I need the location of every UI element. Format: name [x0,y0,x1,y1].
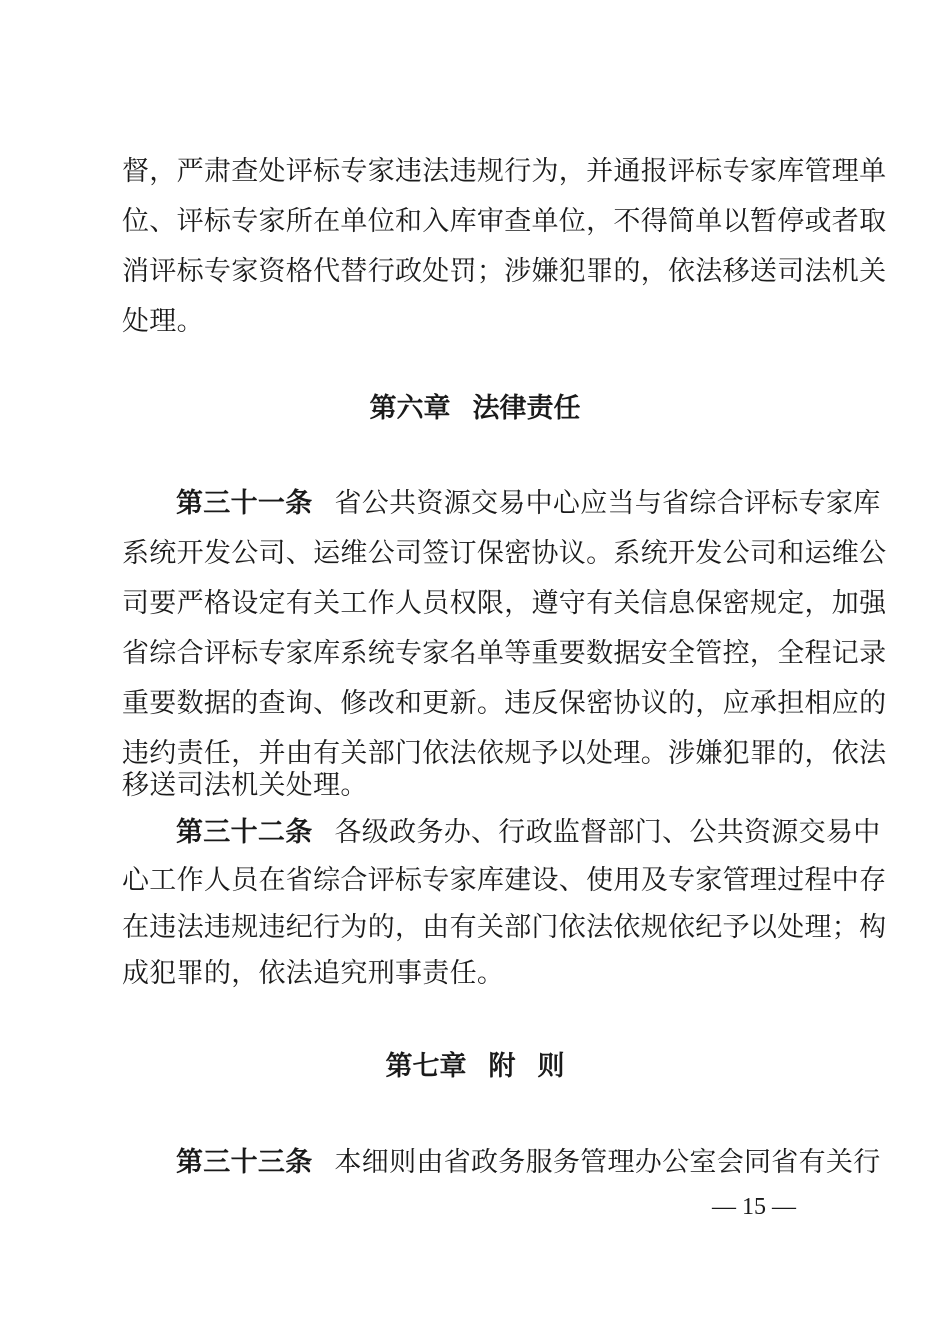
article-text: 各级政务办、行政监督部门、公共资源交易中 [335,817,881,848]
chapter-number: 第七章 [386,1051,467,1082]
article-first-line: 第三十一条省公共资源交易中心应当与省综合评标专家库 [176,488,828,520]
chapter-title-part: 则 [538,1051,565,1082]
article-first-line: 第三十三条本细则由省政务服务管理办公室会同省有关行 [176,1147,828,1179]
paragraph-line: 心工作人员在省综合评标专家库建设、使用及专家管理过程中存 [122,865,828,897]
paragraph-line: 消评标专家资格代替行政处罚；涉嫌犯罪的，依法移送司法机关 [122,256,828,288]
article-first-line: 第三十二条各级政务办、行政监督部门、公共资源交易中 [176,817,828,849]
paragraph-line: 司要严格设定有关工作人员权限，遵守有关信息保密规定，加强 [122,588,828,620]
paragraph-line: 系统开发公司、运维公司签订保密协议。系统开发公司和运维公 [122,538,828,570]
paragraph-line: 在违法违规违纪行为的，由有关部门依法依规依纪予以处理；构 [122,912,828,944]
article-text: 省公共资源交易中心应当与省综合评标专家库 [335,488,881,519]
article-text: 本细则由省政务服务管理办公室会同省有关行 [335,1147,881,1178]
paragraph-line: 督，严肃查处评标专家违法违规行为，并通报评标专家库管理单 [122,156,828,188]
paragraph-line: 处理。 [122,306,828,338]
page-number: — 15 — [712,1192,796,1222]
paragraph-line: 违约责任，并由有关部门依法依规予以处理。涉嫌犯罪的，依法 [122,738,828,770]
paragraph-line: 重要数据的查询、修改和更新。违反保密协议的，应承担相应的 [122,688,828,720]
paragraph-line: 移送司法机关处理。 [122,770,828,802]
chapter-title: 法律责任 [473,393,581,424]
article-label: 第三十三条 [176,1147,313,1178]
article-label: 第三十一条 [176,488,313,519]
paragraph-line: 成犯罪的，依法追究刑事责任。 [122,958,828,990]
paragraph-line: 省综合评标专家库系统专家名单等重要数据安全管控，全程记录 [122,638,828,670]
chapter-heading: 第六章法律责任 [0,393,950,425]
article-label: 第三十二条 [176,817,313,848]
chapter-number: 第六章 [370,393,451,424]
chapter-title-part: 附 [489,1051,516,1082]
paragraph-line: 位、评标专家所在单位和入库审查单位，不得简单以暂停或者取 [122,206,828,238]
chapter-heading: 第七章附则 [0,1051,950,1083]
